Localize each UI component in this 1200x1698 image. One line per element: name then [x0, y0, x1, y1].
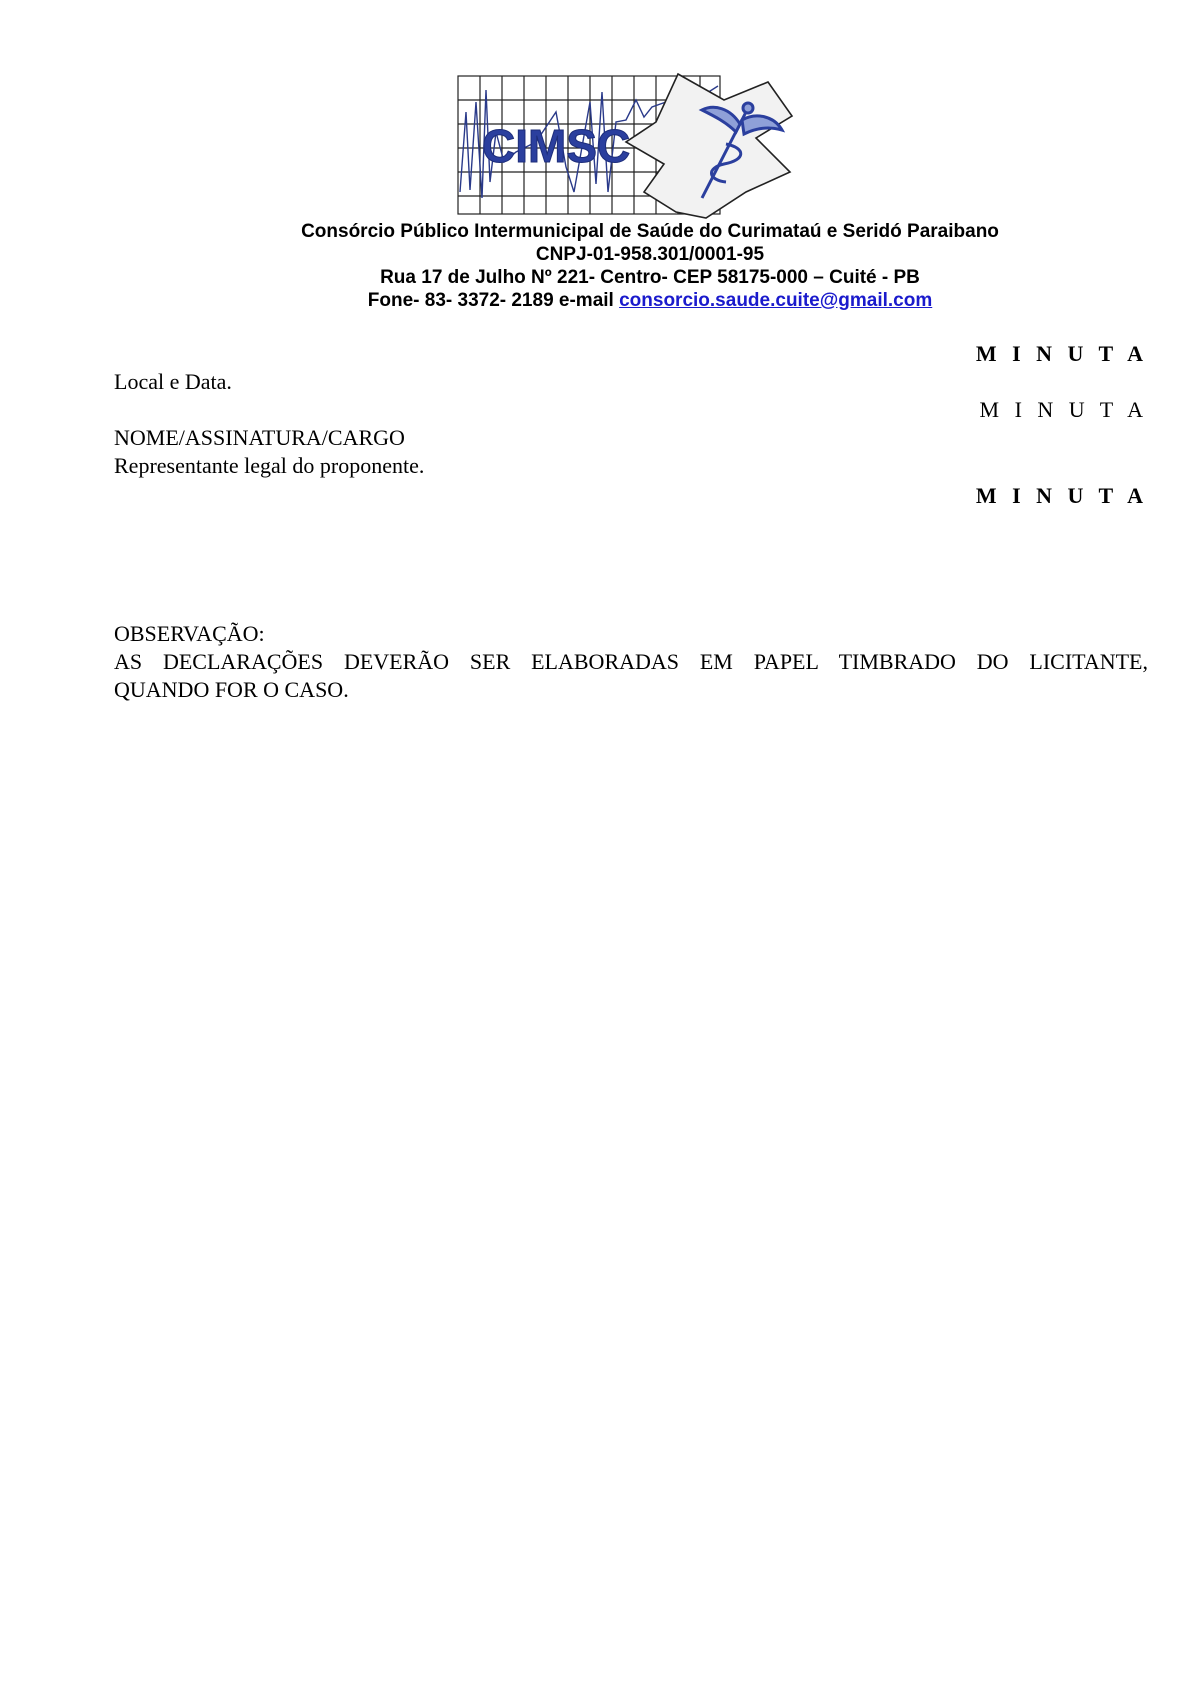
observation-text-line-2: QUANDO FOR O CASO. [114, 676, 349, 704]
organization-name: Consórcio Público Intermunicipal de Saúd… [50, 220, 1200, 243]
logo-text: CIMSC [482, 120, 630, 172]
phone-text: Fone- 83- 3372- 2189 e-mail [368, 290, 619, 311]
local-date-field: Local e Data. [114, 368, 232, 396]
email-link[interactable]: consorcio.saude.cuite@gmail.com [619, 290, 932, 311]
cimsc-logo: CIMSC [456, 72, 816, 220]
contact-line: Fone- 83- 3372- 2189 e-mail consorcio.sa… [50, 289, 1200, 312]
representative-label: Representante legal do proponente. [114, 452, 424, 480]
minuta-watermark-1: M I N U T A [976, 340, 1148, 368]
minuta-watermark-2: M I N U T A [980, 396, 1148, 424]
observation-title: OBSERVAÇÃO: [114, 620, 265, 648]
minuta-watermark-3: M I N U T A [976, 482, 1148, 510]
address: Rua 17 de Julho Nº 221- Centro- CEP 5817… [50, 266, 1200, 289]
observation-text-line-1: AS DECLARAÇÕES DEVERÃO SER ELABORADAS EM… [114, 648, 1148, 676]
signature-line: NOME/ASSINATURA/CARGO [114, 424, 405, 452]
cnpj: CNPJ-01-958.301/0001-95 [50, 243, 1200, 266]
document-page: CIMSC Consórcio Público Intermunicipal d… [0, 0, 1200, 1698]
